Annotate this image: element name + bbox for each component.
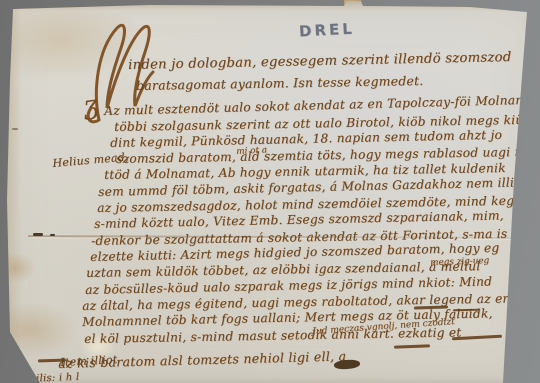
pencil-archive-mark: DREL [299, 20, 356, 41]
ink-strikethrough [394, 344, 430, 348]
manuscript-paper: DREL Ʒ inden jo dologban, egessegem szer… [0, 0, 540, 383]
ink-blot [334, 359, 361, 370]
margin-note-bottom-partial: amilis: i h l [20, 372, 80, 383]
interlinear-insertion: mi ot a [236, 145, 267, 157]
ink-speck [50, 234, 55, 236]
interlinear-insertion: megs zig-ueg [430, 256, 489, 268]
manuscript-line: baratsagomat ayanlom. Isn tesse kegmedet… [136, 73, 424, 93]
manuscript-line: inden jo dologban, egessegem szerint ill… [128, 50, 512, 73]
ink-speck [12, 128, 18, 130]
ink-speck [33, 233, 43, 236]
